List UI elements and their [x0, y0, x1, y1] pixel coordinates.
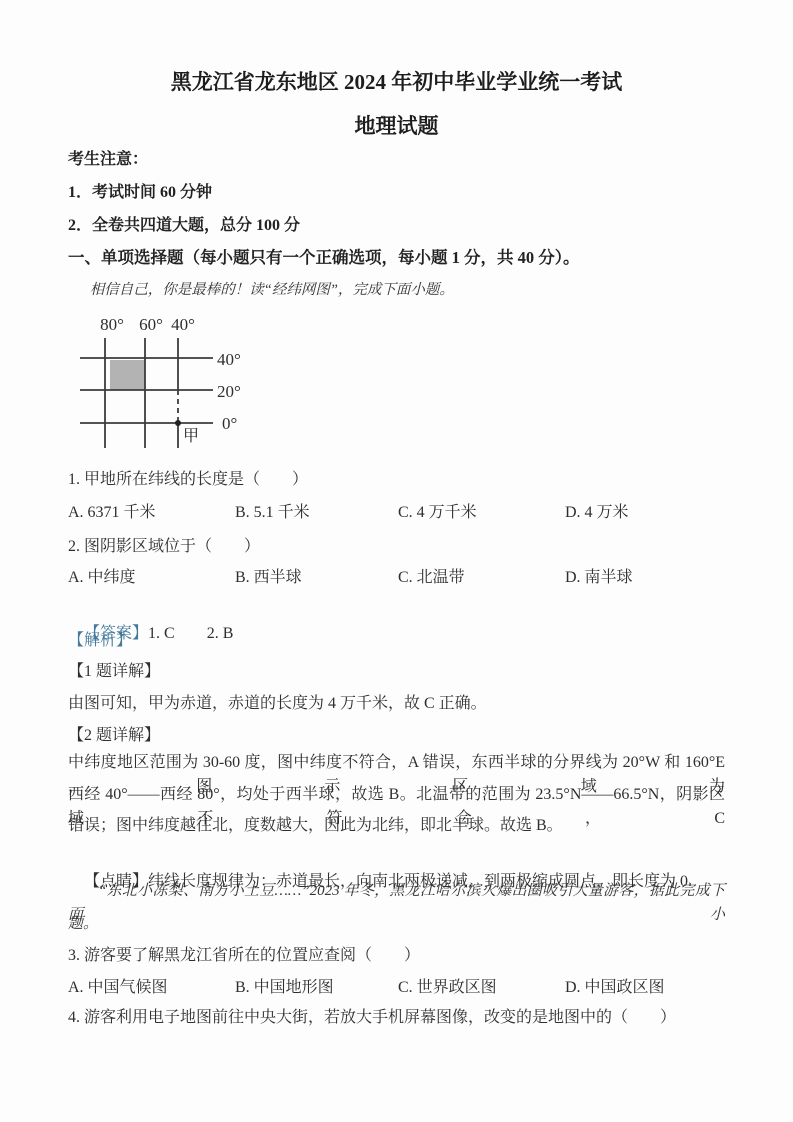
- analysis-label: 【解析】: [68, 629, 725, 653]
- detail-1-heading: 【1 题详解】: [68, 660, 725, 684]
- question-4-stem: 4. 游客利用电子地图前往中央大街，若放大手机屏幕图像，改变的是地图中的（ ）: [68, 1006, 725, 1030]
- section-1-intro: 相信自己，你是最棒的！读“经纬网图”，完成下面小题。: [68, 278, 725, 302]
- notice-heading: 考生注意：: [68, 148, 725, 172]
- question-1-options: A. 6371 千米 B. 5.1 千米 C. 4 万千米 D. 4 万米: [68, 501, 725, 525]
- question-3-option-d: D. 中国政区图: [565, 976, 725, 1000]
- question-3-option-c: C. 世界政区图: [398, 976, 565, 1000]
- question-1-option-d: D. 4 万米: [565, 501, 725, 525]
- question-2-stem: 2. 图阴影区域位于（ ）: [68, 535, 725, 559]
- detail-1-body: 由图可知，甲为赤道，赤道的长度为 4 万千米，故 C 正确。: [68, 692, 725, 716]
- question-3-stem: 3. 游客要了解黑龙江省所在的位置应查阅（ ）: [68, 944, 725, 968]
- meridian-lines: [105, 338, 178, 448]
- exam-paper-page: 黑龙江省龙东地区 2024 年初中毕业学业统一考试 地理试题 考生注意： 1．考…: [0, 0, 793, 1122]
- parallel-lines: [80, 358, 213, 423]
- longitude-label-60: 60°: [139, 315, 163, 334]
- question-2-option-d: D. 南半球: [565, 566, 725, 590]
- question-2-option-c: C. 北温带: [398, 566, 565, 590]
- longitude-label-40: 40°: [171, 315, 195, 334]
- passage-2-line-2: 题。: [68, 912, 725, 936]
- question-2-options: A. 中纬度 B. 西半球 C. 北温带 D. 南半球: [68, 566, 725, 590]
- latlon-grid-figure: 80° 60° 40° 40° 20° 0° 甲: [70, 310, 280, 470]
- section-1-heading: 一、单项选择题（每小题只有一个正确选项，每小题 1 分，共 40 分）。: [68, 246, 725, 270]
- notice-item-1: 1．考试时间 60 分钟: [68, 181, 725, 205]
- question-1-option-c: C. 4 万千米: [398, 501, 565, 525]
- point-jia-dot: [175, 420, 181, 426]
- shaded-region: [110, 360, 145, 390]
- exam-subtitle: 地理试题: [0, 112, 793, 140]
- question-1-option-b: B. 5.1 千米: [235, 501, 398, 525]
- longitude-label-80: 80°: [100, 315, 124, 334]
- exam-title: 黑龙江省龙东地区 2024 年初中毕业学业统一考试: [0, 68, 793, 96]
- notice-item-2: 2．全卷共四道大题，总分 100 分: [68, 214, 725, 238]
- detail-2-line-3: 错误；图中纬度越往北，度数越大，因此为北纬，即北半球。故选 B。: [68, 814, 725, 838]
- question-1-stem: 1. 甲地所在纬线的长度是（ ）: [68, 468, 725, 492]
- point-jia-label: 甲: [183, 427, 199, 445]
- question-2-option-a: A. 中纬度: [68, 566, 235, 590]
- question-3-options: A. 中国气候图 B. 中国地形图 C. 世界政区图 D. 中国政区图: [68, 976, 725, 1000]
- latitude-label-20: 20°: [217, 382, 241, 401]
- question-3-option-b: B. 中国地形图: [235, 976, 398, 1000]
- latitude-label-0: 0°: [222, 414, 237, 433]
- question-3-option-a: A. 中国气候图: [68, 976, 235, 1000]
- question-1-option-a: A. 6371 千米: [68, 501, 235, 525]
- detail-2-heading: 【2 题详解】: [68, 724, 725, 748]
- question-2-option-b: B. 西半球: [235, 566, 398, 590]
- latitude-label-40: 40°: [217, 350, 241, 369]
